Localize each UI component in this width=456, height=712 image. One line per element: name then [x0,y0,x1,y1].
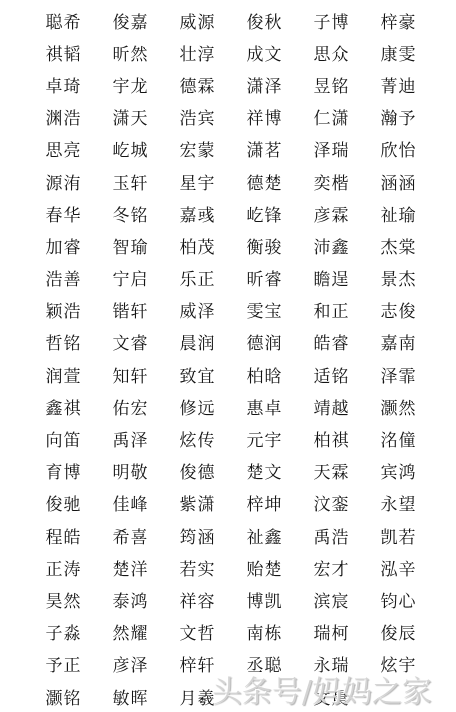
name-cell: 志俊 [365,294,432,326]
name-cell: 天霖 [298,455,365,487]
name-cell: 颖浩 [30,294,97,326]
name-cell: 威源 [164,4,231,36]
name-cell: 灏然 [365,390,432,422]
name-cell: 哲铭 [30,326,97,358]
name-cell: 子博 [298,4,365,36]
name-cell: 奕楷 [298,165,365,197]
name-cell: 景杰 [365,262,432,294]
name-cell: 昊然 [30,583,97,615]
name-cell: 滨宸 [298,583,365,615]
name-cell: 壮淳 [164,36,231,68]
name-cell: 瀚予 [365,101,432,133]
name-cell: 彦霖 [298,197,365,229]
name-cell: 惠卓 [231,390,298,422]
name-cell: 德霖 [164,68,231,100]
name-cell: 威泽 [164,294,231,326]
name-cell: 菁迪 [365,68,432,100]
name-cell: 瑞柯 [298,616,365,648]
name-cell: 德润 [231,326,298,358]
name-cell: 炫传 [164,422,231,454]
name-cell: 祉瑜 [365,197,432,229]
name-cell: 泽霏 [365,358,432,390]
name-cell: 宾鸿 [365,455,432,487]
name-cell: 潇茗 [231,133,298,165]
name-cell: 星宇 [164,165,231,197]
name-cell: 正涛 [30,551,97,583]
page: 聪希俊嘉威源俊秋子博梓豪祺韬昕然壮淳成文思众康雯卓琦宇龙德霖潇泽昱铭菁迪渊浩潇天… [0,0,456,712]
name-cell: 杰棠 [365,229,432,261]
name-cell: 屹锋 [231,197,298,229]
name-cell: 彦泽 [97,648,164,680]
name-cell: 康雯 [365,36,432,68]
name-cell: 梓坤 [231,487,298,519]
name-cell: 文晨 [298,680,365,712]
name-cell: 筠涵 [164,519,231,551]
name-cell: 楚洋 [97,551,164,583]
name-cell [231,680,298,712]
name-cell: 嘉南 [365,326,432,358]
name-cell: 祉鑫 [231,519,298,551]
name-cell: 敏晖 [97,680,164,712]
name-cell: 文睿 [97,326,164,358]
name-cell: 智瑜 [97,229,164,261]
name-cell: 鑫祺 [30,390,97,422]
name-cell: 皓睿 [298,326,365,358]
name-cell: 雯宝 [231,294,298,326]
name-cell: 文哲 [164,616,231,648]
name-cell: 祥容 [164,583,231,615]
name-cell: 适铭 [298,358,365,390]
name-cell: 昕然 [97,36,164,68]
name-cell [365,680,432,712]
name-cell: 浩宾 [164,101,231,133]
name-cell: 泰鸿 [97,583,164,615]
name-cell: 子淼 [30,616,97,648]
name-cell: 润萱 [30,358,97,390]
name-cell: 玉轩 [97,165,164,197]
name-cell: 思亮 [30,133,97,165]
name-cell: 晨润 [164,326,231,358]
name-cell: 炫宇 [365,648,432,680]
name-cell: 靖越 [298,390,365,422]
name-cell: 紫潇 [164,487,231,519]
name-cell: 禹浩 [298,519,365,551]
name-cell: 修远 [164,390,231,422]
name-cell: 泓辛 [365,551,432,583]
name-cell: 然耀 [97,616,164,648]
name-cell: 俊德 [164,455,231,487]
name-cell: 昕睿 [231,262,298,294]
name-cell: 俊驰 [30,487,97,519]
name-cell: 育博 [30,455,97,487]
name-cell: 祺韬 [30,36,97,68]
name-cell: 德楚 [231,165,298,197]
name-cell: 卓琦 [30,68,97,100]
name-cell: 予正 [30,648,97,680]
name-cell: 加睿 [30,229,97,261]
name-cell: 永望 [365,487,432,519]
name-cell: 希喜 [97,519,164,551]
name-cell: 梓豪 [365,4,432,36]
name-cell: 元宇 [231,422,298,454]
name-cell: 丞聪 [231,648,298,680]
name-cell: 涵涵 [365,165,432,197]
name-cell: 沛鑫 [298,229,365,261]
name-cell: 宏蒙 [164,133,231,165]
name-cell: 浩善 [30,262,97,294]
name-cell: 明敬 [97,455,164,487]
name-cell: 钧心 [365,583,432,615]
name-cell: 贻楚 [231,551,298,583]
name-cell: 乐正 [164,262,231,294]
name-cell: 博凯 [231,583,298,615]
name-cell: 和正 [298,294,365,326]
name-cell: 汶銮 [298,487,365,519]
name-cell: 南栋 [231,616,298,648]
name-cell: 楚文 [231,455,298,487]
name-cell: 俊辰 [365,616,432,648]
name-cell: 柏晗 [231,358,298,390]
name-cell: 程皓 [30,519,97,551]
name-cell: 锴轩 [97,294,164,326]
name-cell: 月羲 [164,680,231,712]
name-cell: 嘉彧 [164,197,231,229]
name-cell: 佑宏 [97,390,164,422]
name-cell: 聪希 [30,4,97,36]
name-cell: 屹城 [97,133,164,165]
name-cell: 渊浩 [30,101,97,133]
name-cell: 宇龙 [97,68,164,100]
name-cell: 宏才 [298,551,365,583]
name-cell: 泽瑞 [298,133,365,165]
name-cell: 瞻逞 [298,262,365,294]
name-cell: 致宜 [164,358,231,390]
name-cell: 洺僮 [365,422,432,454]
name-cell: 昱铭 [298,68,365,100]
name-cell: 冬铭 [97,197,164,229]
name-cell: 柏茂 [164,229,231,261]
name-cell: 潇天 [97,101,164,133]
name-cell: 祥博 [231,101,298,133]
name-cell: 仁潇 [298,101,365,133]
name-cell: 潇泽 [231,68,298,100]
name-cell: 俊嘉 [97,4,164,36]
name-cell: 永瑞 [298,648,365,680]
name-cell: 衡骏 [231,229,298,261]
name-cell: 柏祺 [298,422,365,454]
name-cell: 春华 [30,197,97,229]
name-cell: 若实 [164,551,231,583]
name-cell: 禹泽 [97,422,164,454]
name-cell: 源洧 [30,165,97,197]
name-cell: 成文 [231,36,298,68]
name-cell: 向笛 [30,422,97,454]
name-grid: 聪希俊嘉威源俊秋子博梓豪祺韬昕然壮淳成文思众康雯卓琦宇龙德霖潇泽昱铭菁迪渊浩潇天… [0,0,456,712]
name-cell: 梓轩 [164,648,231,680]
name-cell: 佳峰 [97,487,164,519]
name-cell: 灏铭 [30,680,97,712]
name-cell: 俊秋 [231,4,298,36]
name-cell: 知轩 [97,358,164,390]
name-cell: 凯若 [365,519,432,551]
name-cell: 欣怡 [365,133,432,165]
name-cell: 思众 [298,36,365,68]
name-cell: 宁启 [97,262,164,294]
